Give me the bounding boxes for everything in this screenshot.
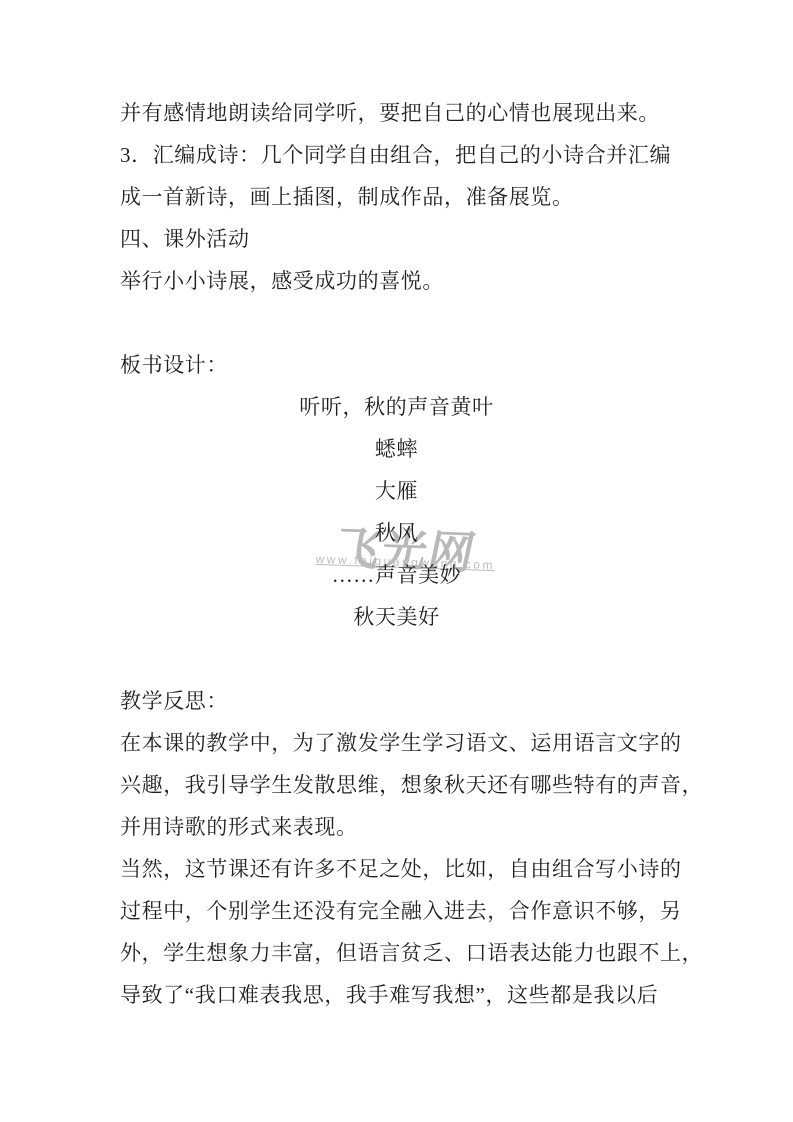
board-design-line: ……声音美妙	[120, 554, 673, 596]
board-design-line: 听听，秋的声音黄叶	[120, 386, 673, 428]
text-line: 并有感情地朗读给同学听，要把自己的心情也展现出来。	[120, 92, 673, 134]
board-design-line: 大雁	[120, 470, 673, 512]
text-line: 3．汇编成诗：几个同学自由组合，把自己的小诗合并汇编	[120, 134, 673, 176]
text-line: 成一首新诗，画上插图，制成作品，准备展览。	[120, 176, 673, 218]
blank-line	[120, 302, 673, 344]
text-line: 外，学生想象力丰富，但语言贫乏、口语表达能力也跟不上，	[120, 932, 673, 974]
board-design-line: 秋风	[120, 512, 673, 554]
text-line: 并用诗歌的形式来表现。	[120, 806, 673, 848]
board-design-line: 蟋蟀	[120, 428, 673, 470]
board-design-line: 秋天美好	[120, 596, 673, 638]
text-line: 教学反思：	[120, 680, 673, 722]
text-line: 板书设计：	[120, 344, 673, 386]
text-line: 在本课的教学中，为了激发学生学习语文、运用语言文字的	[120, 722, 673, 764]
text-line: 四、课外活动	[120, 218, 673, 260]
text-line: 兴趣，我引导学生发散思维，想象秋天还有哪些特有的声音，	[120, 764, 673, 806]
text-line: 当然，这节课还有许多不足之处，比如，自由组合写小诗的	[120, 848, 673, 890]
document-body: 并有感情地朗读给同学听，要把自己的心情也展现出来。 3．汇编成诗：几个同学自由组…	[120, 92, 673, 1016]
text-line: 导致了“我口难表我思，我手难写我想”，这些都是我以后	[120, 974, 673, 1016]
text-line: 过程中，个别学生还没有完全融入进去，合作意识不够，另	[120, 890, 673, 932]
document-page: 飞光网 www.feiguangwang.com 并有感情地朗读给同学听，要把自…	[0, 0, 793, 1122]
text-line: 举行小小诗展，感受成功的喜悦。	[120, 260, 673, 302]
blank-line	[120, 638, 673, 680]
